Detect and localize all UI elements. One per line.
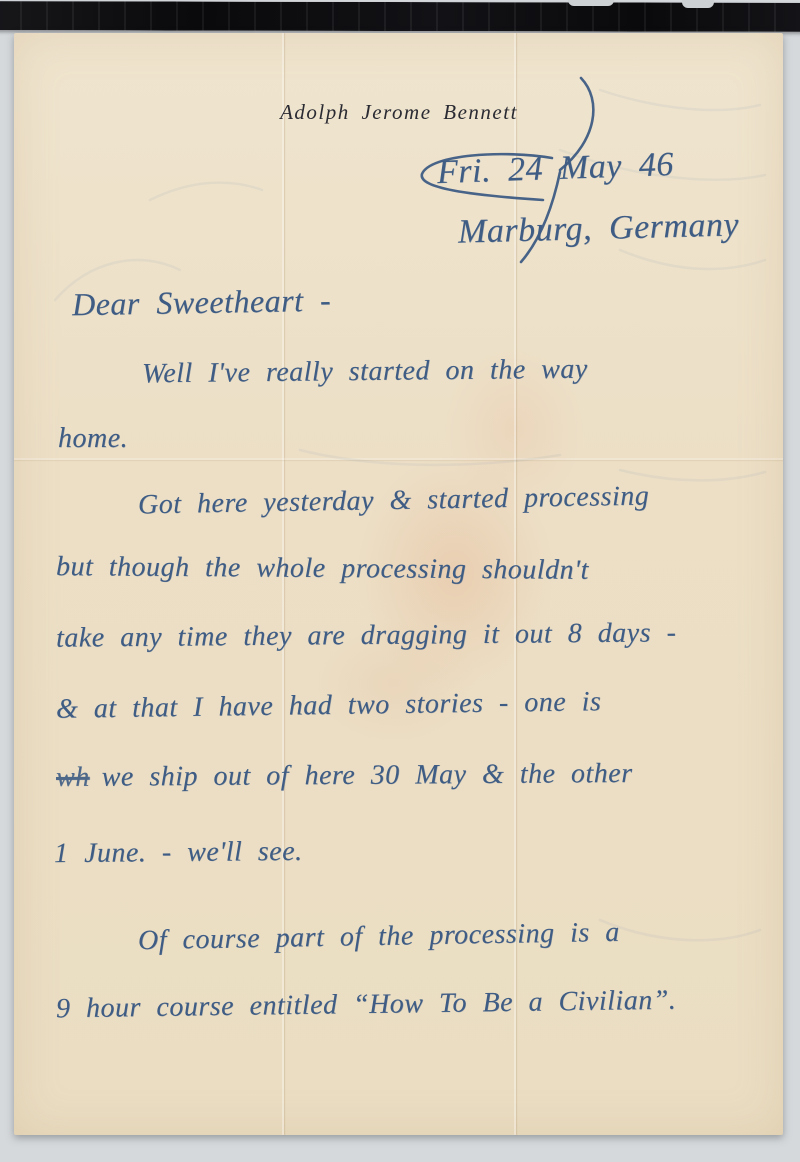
struck-word: wh (56, 762, 90, 793)
scanner-strip-highlight (682, 0, 714, 8)
salutation: Dear Sweetheart - (72, 284, 332, 321)
scanner-strip-highlight (568, 0, 614, 6)
handwritten-line: 1 June. - we'll see. (54, 838, 303, 868)
scanner-edge-strip (0, 1, 800, 32)
fold-line (14, 458, 783, 460)
handwritten-line: but though the whole processing shouldn'… (56, 553, 589, 585)
date-line: Fri. 24 May 46 (436, 148, 674, 190)
handwritten-line: whwe ship out of here 30 May & the other (56, 760, 633, 792)
fold-line (282, 33, 284, 1135)
handwritten-line: Well I've really started on the way (142, 356, 588, 389)
handwritten-line: take any time they are dragging it out 8… (56, 619, 677, 652)
handwritten-text: we ship out of here 30 May & the other (102, 758, 633, 793)
letterhead-name: Adolph Jerome Bennett (15, 100, 783, 125)
handwritten-line: home. (58, 425, 128, 453)
scanned-letter-page: Adolph Jerome Bennett Fri. 24 May 46 Mar… (0, 0, 800, 1162)
place-line: Marburg, Germany (458, 208, 740, 249)
